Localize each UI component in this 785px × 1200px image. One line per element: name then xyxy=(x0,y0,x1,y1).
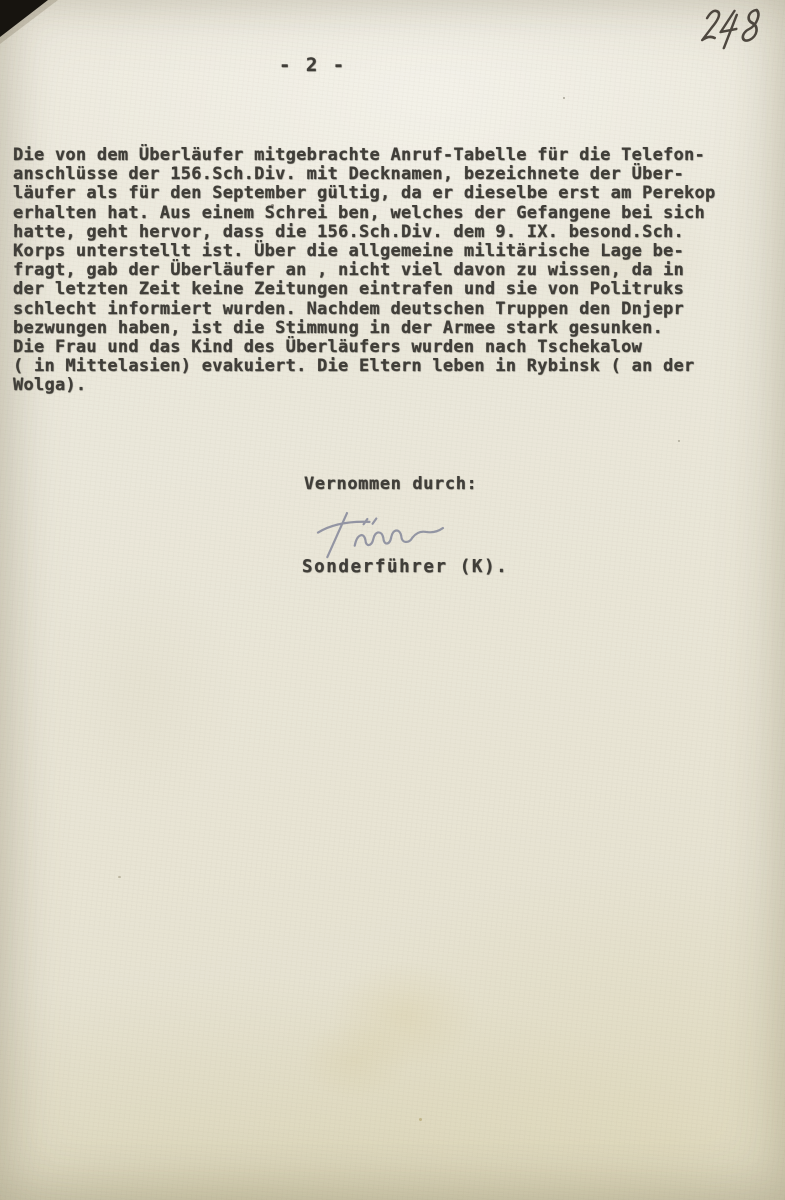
scan-corner-black-triangle xyxy=(0,0,48,37)
interrogated-by-label: Vernommen durch: xyxy=(304,474,477,494)
handwritten-number-strokes xyxy=(688,2,766,54)
handwritten-signature xyxy=(311,498,464,564)
page-number: - 2 - xyxy=(279,54,346,76)
paper-stain xyxy=(40,560,240,820)
paper-stain xyxy=(330,960,480,1070)
paper-stain xyxy=(300,1020,410,1100)
scanned-document-page: - 2 - Die von dem Überläufer mitgebracht… xyxy=(0,0,785,1200)
paper-speck xyxy=(419,1118,422,1121)
paper-speck xyxy=(563,97,565,99)
report-body-text: Die von dem Überläufer mitgebrachte Anru… xyxy=(13,146,779,396)
signature-strokes xyxy=(311,498,464,564)
paper-speck xyxy=(118,876,121,878)
paper-speck xyxy=(678,440,680,442)
signer-title: Sonderführer (K). xyxy=(302,557,508,577)
handwritten-page-number xyxy=(688,2,766,54)
